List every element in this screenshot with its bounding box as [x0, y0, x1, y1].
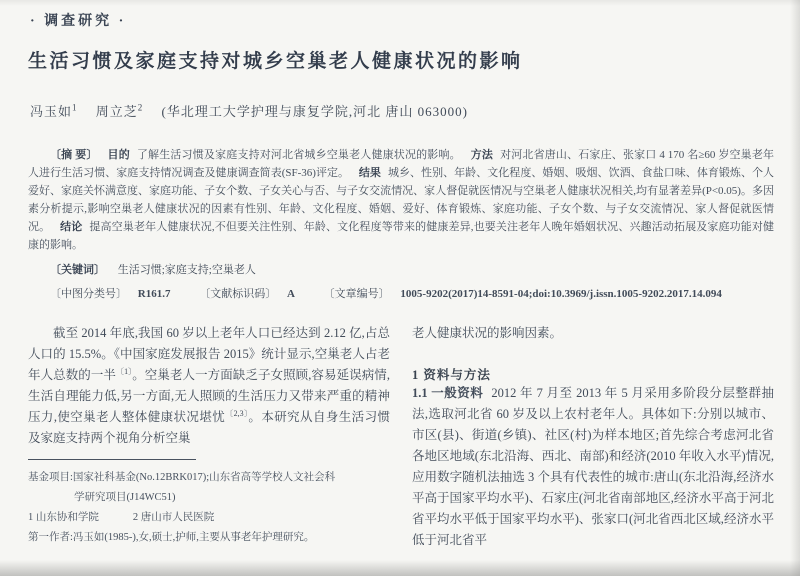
citation-ref-2: 〔2,3〕 — [225, 409, 248, 418]
section-1-heading: 1 资料与方法 — [412, 365, 774, 383]
section-1-1-text: 2012 年 7 月至 2013 年 5 月采用多阶段分层整群抽法,选取河北省 … — [412, 386, 774, 547]
column-section-label: · 调查研究 · — [30, 10, 774, 30]
authors-line: 冯玉如1 周立芝2 (华北理工大学护理与康复学院,河北 唐山 063000) — [30, 101, 774, 120]
author-1: 冯玉如1 — [30, 104, 78, 119]
abstract-label: 〔摘 要〕 — [50, 149, 98, 161]
abstract-conclusion-label: 结论 — [60, 221, 82, 233]
footnote-affil-1: 1 山东协和学院 — [28, 508, 99, 528]
citation-ref-1: 〔1〕 — [116, 367, 132, 376]
abstract-objective-label: 目的 — [108, 149, 130, 161]
clc-number: R161.7 — [138, 288, 171, 300]
paper-page: · 调查研究 · 生活习惯及家庭支持对城乡空巢老人健康状况的影响 冯玉如1 周立… — [0, 0, 800, 576]
section-1-1-label: 1.1 一般资料 — [412, 386, 483, 400]
author-2: 周立芝2 — [96, 104, 144, 119]
article-id-label: 〔文章编号〕 — [324, 288, 390, 300]
intro-paragraph: 截至 2014 年底,我国 60 岁以上老年人口已经达到 2.12 亿,占总人口… — [28, 323, 390, 449]
two-column-body: 截至 2014 年底,我国 60 岁以上老年人口已经达到 2.12 亿,占总人口… — [28, 323, 774, 551]
affiliation: (华北理工大学护理与康复学院,河北 唐山 063000) — [162, 104, 468, 119]
footnote-affiliations: 1 山东协和学院 2 唐山市人民医院 — [28, 508, 390, 528]
right-column: 老人健康状况的影响因素。 1 资料与方法 1.1 一般资料2012 年 7 月至… — [412, 323, 774, 551]
keywords-text: 生活习惯;家庭支持;空巢老人 — [118, 264, 256, 276]
funding-line-1: 基金项目:国家社科基金(No.12BRK017);山东省高等学校人文社会科 — [28, 468, 390, 488]
left-column: 截至 2014 年底,我国 60 岁以上老年人口已经达到 2.12 亿,占总人口… — [28, 323, 390, 551]
footnote-block: 基金项目:国家社科基金(No.12BRK017);山东省高等学校人文社会科 学研… — [28, 468, 390, 548]
abstract-methods-label: 方法 — [471, 149, 493, 161]
author-1-affil-mark: 1 — [72, 103, 78, 113]
doc-code-label: 〔文献标识码〕 — [199, 288, 276, 300]
paper-title: 生活习惯及家庭支持对城乡空巢老人健康状况的影响 — [28, 46, 774, 73]
section-1-1-paragraph: 1.1 一般资料2012 年 7 月至 2013 年 5 月采用多阶段分层整群抽… — [412, 383, 774, 551]
intro-continuation: 老人健康状况的影响因素。 — [412, 323, 774, 344]
doc-code: A — [287, 288, 295, 300]
author-2-affil-mark: 2 — [138, 103, 144, 113]
first-author-note: 第一作者:冯玉如(1985-),女,硕士,护师,主要从事老年护理研究。 — [28, 528, 390, 548]
keywords-line: 〔关键词〕 生活习惯;家庭支持;空巢老人 — [28, 261, 774, 279]
abstract-objective-text: 了解生活习惯及家庭支持对河北省城乡空巢老人健康状况的影响。 — [137, 149, 461, 161]
abstract-paragraph: 〔摘 要〕 目的了解生活习惯及家庭支持对河北省城乡空巢老人健康状况的影响。 方法… — [28, 146, 774, 254]
abstract-conclusion-text: 提高空巢老年人健康状况,不但要关注性别、年龄、文化程度等带来的健康差异,也要关注… — [28, 221, 774, 251]
clc-label: 〔中图分类号〕 — [50, 288, 127, 300]
article-id: 1005-9202(2017)14-8591-04;doi:10.3969/j.… — [400, 288, 721, 300]
abstract-results-label: 结果 — [359, 167, 381, 179]
classification-line: 〔中图分类号〕 R161.7 〔文献标识码〕 A 〔文章编号〕 1005-920… — [28, 285, 774, 303]
keywords-label: 〔关键词〕 — [50, 264, 105, 276]
footnote-affil-2: 2 唐山市人民医院 — [133, 508, 214, 528]
footnote-divider — [28, 459, 196, 460]
funding-line-2: 学研究项目(J14WC51) — [74, 488, 390, 508]
